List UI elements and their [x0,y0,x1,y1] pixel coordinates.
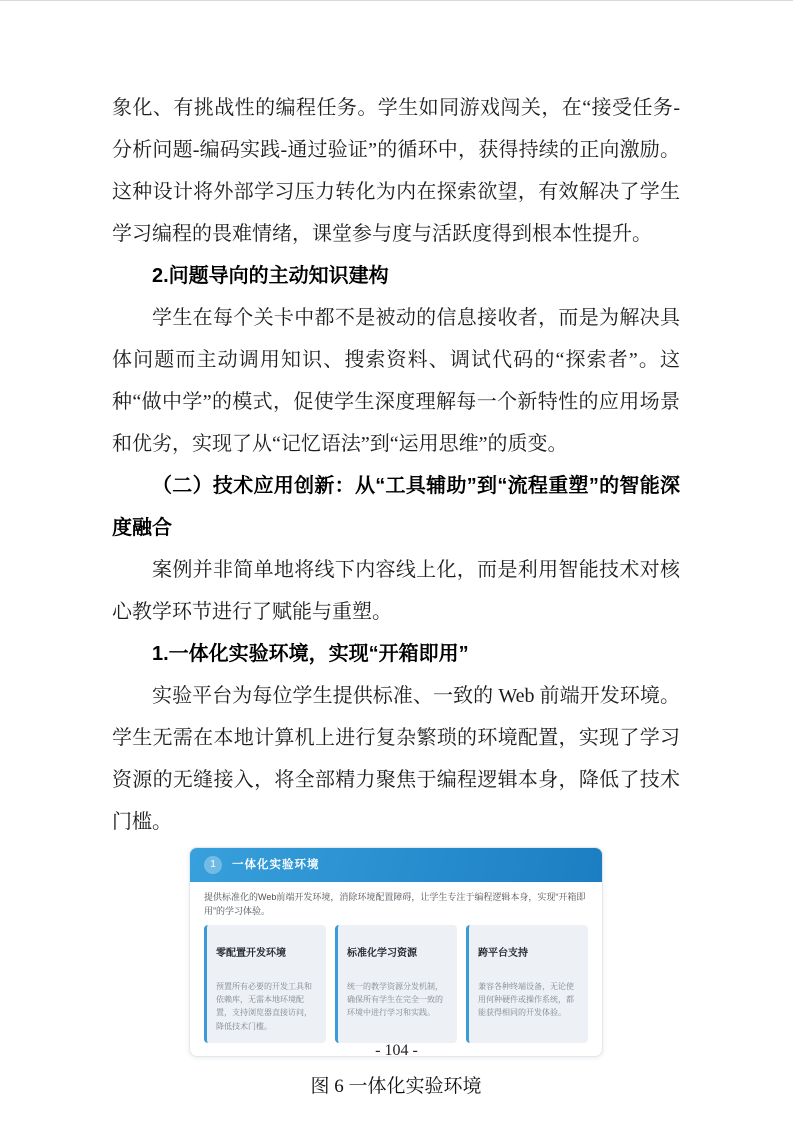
figure-panel-header: 1 一体化实验环境 [190,848,602,882]
figure-integrated-environment: 1 一体化实验环境 提供标准化的Web前端开发环境，消除环境配置障碍，让学生专注… [112,847,680,1108]
feature-card-standard-resources: 标准化学习资源 统一的教学资源分发机制，确保所有学生在完全一致的环境中进行学习和… [335,925,457,1043]
figure-panel: 1 一体化实验环境 提供标准化的Web前端开发环境，消除环境配置障碍，让学生专注… [189,847,603,1057]
feature-card-body: 统一的教学资源分发机制，确保所有学生在完全一致的环境中进行学习和实践。 [347,980,448,1020]
feature-card-body: 预置所有必要的开发工具和依赖库，无需本地环境配置，支持浏览器直接访问，降低技术门… [216,980,317,1033]
heading-tech-application-innovation: （二）技术应用创新：从“工具辅助”到“流程重塑”的智能深度融合 [112,465,680,549]
feature-card-title: 标准化学习资源 [347,933,448,975]
feature-card-title: 跨平台支持 [478,933,579,975]
feature-card-cross-platform: 跨平台支持 兼容各种终端设备，无论使用何种硬件或操作系统，都能获得相同的开发体验… [466,925,588,1043]
figure-panel-title: 一体化实验环境 [232,847,320,886]
text-column: 象化、有挑战性的编程任务。学生如同游戏闯关，在“接受任务-分析问题-编码实践-通… [0,1,793,1108]
page-number: - 104 - [0,1042,793,1060]
heading-problem-driven-construction: 2.问题导向的主动知识建构 [112,255,680,297]
step-number-badge: 1 [204,856,222,874]
paragraph-problem-driven: 学生在每个关卡中都不是被动的信息接收者，而是为解决具体问题而主动调用知识、搜索资… [112,297,680,465]
feature-card-row: 零配置开发环境 预置所有必要的开发工具和依赖库，无需本地环境配置，支持浏览器直接… [190,925,602,1056]
paragraph-tech-innovation: 案例并非简单地将线下内容线上化，而是利用智能技术对核心教学环节进行了赋能与重塑。 [112,549,680,633]
figure-caption: 图 6 一体化实验环境 [112,1066,680,1108]
feature-card-zero-config: 零配置开发环境 预置所有必要的开发工具和依赖库，无需本地环境配置，支持浏览器直接… [204,925,326,1043]
feature-card-body: 兼容各种终端设备，无论使用何种硬件或操作系统，都能获得相同的开发体验。 [478,980,579,1020]
paragraph-integrated-environment: 实验平台为每位学生提供标准、一致的 Web 前端开发环境。学生无需在本地计算机上… [112,675,680,843]
paragraph-carryover: 象化、有挑战性的编程任务。学生如同游戏闯关，在“接受任务-分析问题-编码实践-通… [112,87,680,255]
feature-card-title: 零配置开发环境 [216,933,317,975]
figure-intro-text: 提供标准化的Web前端开发环境，消除环境配置障碍，让学生专注于编程逻辑本身，实现… [204,891,588,918]
document-page: 象化、有挑战性的编程任务。学生如同游戏闯关，在“接受任务-分析问题-编码实践-通… [0,0,793,1122]
heading-integrated-environment: 1.一体化实验环境，实现“开箱即用” [112,633,680,675]
